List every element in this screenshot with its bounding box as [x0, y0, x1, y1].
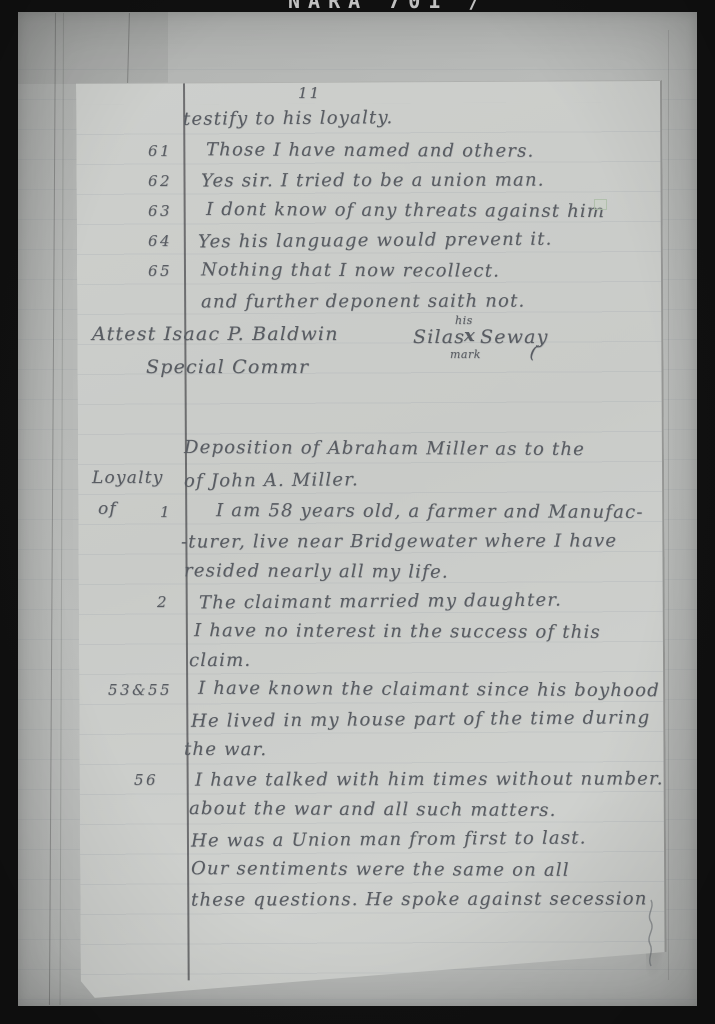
margin-number: 2	[157, 593, 169, 611]
margin-number: 56	[134, 771, 158, 789]
manuscript-line: 62Yes sir. I tried to be a union man.	[0, 170, 715, 196]
handwritten-text: Yes his language would prevent it.	[198, 229, 553, 253]
manuscript-line: the war.	[0, 739, 715, 765]
manuscript-line: Our sentiments were the same on all	[0, 859, 715, 885]
manuscript-line: claim.	[0, 650, 715, 676]
handwritten-text: I dont know of any threats against him	[206, 199, 605, 222]
manuscript-line: 64Yes his language would prevent it.	[0, 230, 715, 256]
margin-label-of: of	[98, 499, 117, 519]
handwritten-text: testify to his loyalty.	[183, 107, 394, 130]
handwritten-text: these questions. He spoke against secess…	[191, 888, 648, 910]
manuscript-line: 56I have talked with him times without n…	[0, 769, 715, 795]
signature-x-mark: x	[464, 325, 476, 346]
margin-number: 63	[148, 202, 172, 220]
signature-first-name: Silas	[413, 326, 465, 348]
manuscript-line: and further deponent saith not.	[0, 291, 715, 317]
margin-number: 61	[148, 142, 172, 160]
handwritten-text: He was a Union man from first to last.	[191, 827, 587, 851]
manuscript-line: 2The claimant married my daughter.	[0, 591, 715, 617]
handwritten-text: claim.	[189, 650, 251, 671]
handwritten-text: I have known the claimant since his boyh…	[198, 678, 660, 701]
manuscript-line: testify to his loyalty.	[0, 108, 715, 134]
special-commissioner-title: Special Commr	[146, 356, 309, 378]
handwritten-text: of John A. Miller.	[184, 469, 359, 491]
manuscript-line: about the war and all such matters.	[0, 799, 715, 825]
page-number: 11	[298, 84, 321, 102]
handwritten-text: the war.	[184, 739, 267, 760]
handwritten-text: Our sentiments were the same on all	[191, 858, 570, 881]
margin-number: 62	[148, 172, 172, 190]
attest-line: Attest Isaac P. Baldwin	[92, 323, 339, 345]
handwritten-text: He lived in my house part of the time du…	[191, 707, 651, 732]
manuscript-line: 65Nothing that I now recollect.	[0, 260, 715, 286]
handwritten-text: I have no interest in the success of thi…	[194, 620, 601, 643]
handwritten-text: Those I have named and others.	[206, 139, 535, 161]
manuscript-line: 63I dont know of any threats against him	[0, 200, 715, 226]
handwritten-text: Yes sir. I tried to be a union man.	[201, 170, 545, 192]
manuscript-line: 61Those I have named and others.	[0, 140, 715, 166]
manuscript-line: resided nearly all my life.	[0, 561, 715, 587]
manuscript-line: I have no interest in the success of thi…	[0, 621, 715, 647]
signature-mark-label: mark	[450, 348, 481, 361]
scanned-document-photo: NARA 701 / 11 testify to his loyalty.61T…	[0, 0, 715, 1024]
handwritten-text: about the war and all such matters.	[189, 798, 557, 821]
margin-number: 1	[160, 503, 172, 521]
manuscript-line: -turer, live near Bridgewater where I ha…	[0, 531, 715, 557]
microfilm-stamp: NARA 701 /	[288, 0, 588, 12]
page-corner-sliver	[18, 12, 168, 84]
handwritten-text: Nothing that I now recollect.	[201, 259, 500, 281]
handwritten-text: I am 58 years old, a farmer and Manufac-	[216, 500, 644, 523]
edge-writing-squiggle	[644, 898, 658, 968]
margin-number: 65	[148, 262, 172, 280]
manuscript-line: these questions. He spoke against secess…	[0, 889, 715, 915]
annotation-square-mark	[594, 199, 607, 210]
handwritten-text: -turer, live near Bridgewater where I ha…	[181, 530, 617, 552]
manuscript-line: Deposition of Abraham Miller as to the	[0, 438, 715, 464]
handwritten-text: I have talked with him times without num…	[195, 768, 664, 790]
microfilm-stamp-text: NARA 701 /	[288, 0, 588, 12]
margin-number: 53&55	[108, 681, 172, 699]
handwritten-text: and further deponent saith not.	[201, 291, 525, 313]
handwritten-text: Deposition of Abraham Miller as to the	[184, 437, 585, 460]
margin-label-loyalty: Loyalty	[92, 468, 164, 488]
handwritten-text: resided nearly all my life.	[184, 560, 449, 582]
manuscript-line: He lived in my house part of the time du…	[0, 709, 715, 735]
manuscript-line: 53&55I have known the claimant since his…	[0, 679, 715, 705]
manuscript-line: He was a Union man from first to last.	[0, 829, 715, 855]
handwritten-text: The claimant married my daughter.	[199, 590, 562, 614]
margin-number: 64	[148, 232, 172, 250]
